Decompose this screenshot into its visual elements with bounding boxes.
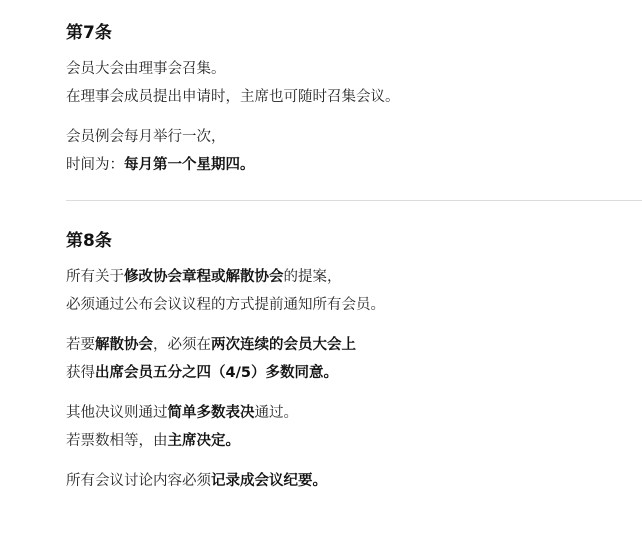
text-line: 若要解散协会，必须在两次连续的会员大会上 (66, 331, 642, 359)
text-line: 所有关于修改协会章程或解散协会的提案， (66, 263, 642, 291)
text: 所有关于 (66, 269, 124, 285)
document-body: 第7条 会员大会由理事会召集。在理事会成员提出申请时，主席也可随时召集会议。 会… (0, 0, 642, 495)
text-line: 时间为：每月第一个星期四。 (66, 151, 642, 179)
paragraph: 若要解散协会，必须在两次连续的会员大会上获得出席会员五分之四（4/5）多数同意。 (66, 331, 642, 387)
text: 的提案， (284, 269, 342, 285)
bold-text: 每月第一个星期四。 (124, 157, 255, 173)
text-line: 在理事会成员提出申请时，主席也可随时召集会议。 (66, 83, 642, 111)
text: 若票数相等，由 (66, 433, 168, 449)
text: 在理事会成员提出申请时，主席也可随时召集会议。 (66, 89, 400, 105)
text-line: 其他决议则通过简单多数表决通过。 (66, 399, 642, 427)
paragraph: 会员大会由理事会召集。在理事会成员提出申请时，主席也可随时召集会议。 (66, 55, 642, 111)
article-title: 第7条 (66, 21, 642, 45)
text: 若要 (66, 337, 95, 353)
text-line: 必须通过公布会议议程的方式提前通知所有会员。 (66, 291, 642, 319)
text: 获得 (66, 365, 95, 381)
bold-text: 简单多数表决 (168, 405, 255, 421)
text: ，必须在 (153, 337, 211, 353)
article-title: 第8条 (66, 229, 642, 253)
text: 会员大会由理事会召集。 (66, 61, 226, 77)
bold-text: 记录成会议纪要。 (211, 473, 327, 489)
paragraph: 所有关于修改协会章程或解散协会的提案，必须通过公布会议议程的方式提前通知所有会员… (66, 263, 642, 319)
bold-text: 两次连续的会员大会上 (211, 337, 356, 353)
paragraph: 其他决议则通过简单多数表决通过。若票数相等，由主席决定。 (66, 399, 642, 455)
paragraph: 会员例会每月举行一次，时间为：每月第一个星期四。 (66, 123, 642, 179)
text: 会员例会每月举行一次， (66, 129, 226, 145)
text-line: 所有会议讨论内容必须记录成会议纪要。 (66, 467, 642, 495)
text: 时间为： (66, 157, 124, 173)
text: 通过。 (255, 405, 299, 421)
bold-text: 出席会员五分之四（4/5）多数同意。 (95, 365, 338, 381)
text-line: 会员大会由理事会召集。 (66, 55, 642, 83)
text: 必须通过公布会议议程的方式提前通知所有会员。 (66, 297, 385, 313)
paragraph: 所有会议讨论内容必须记录成会议纪要。 (66, 467, 642, 495)
bold-text: 主席决定。 (168, 433, 241, 449)
text-line: 会员例会每月举行一次， (66, 123, 642, 151)
article-8: 第8条 所有关于修改协会章程或解散协会的提案，必须通过公布会议议程的方式提前通知… (66, 201, 642, 495)
bold-text: 修改协会章程或解散协会 (124, 269, 284, 285)
text-line: 若票数相等，由主席决定。 (66, 427, 642, 455)
text: 其他决议则通过 (66, 405, 168, 421)
bold-text: 解散协会 (95, 337, 153, 353)
article-7: 第7条 会员大会由理事会召集。在理事会成员提出申请时，主席也可随时召集会议。 会… (66, 0, 642, 179)
text: 所有会议讨论内容必须 (66, 473, 211, 489)
text-line: 获得出席会员五分之四（4/5）多数同意。 (66, 359, 642, 387)
